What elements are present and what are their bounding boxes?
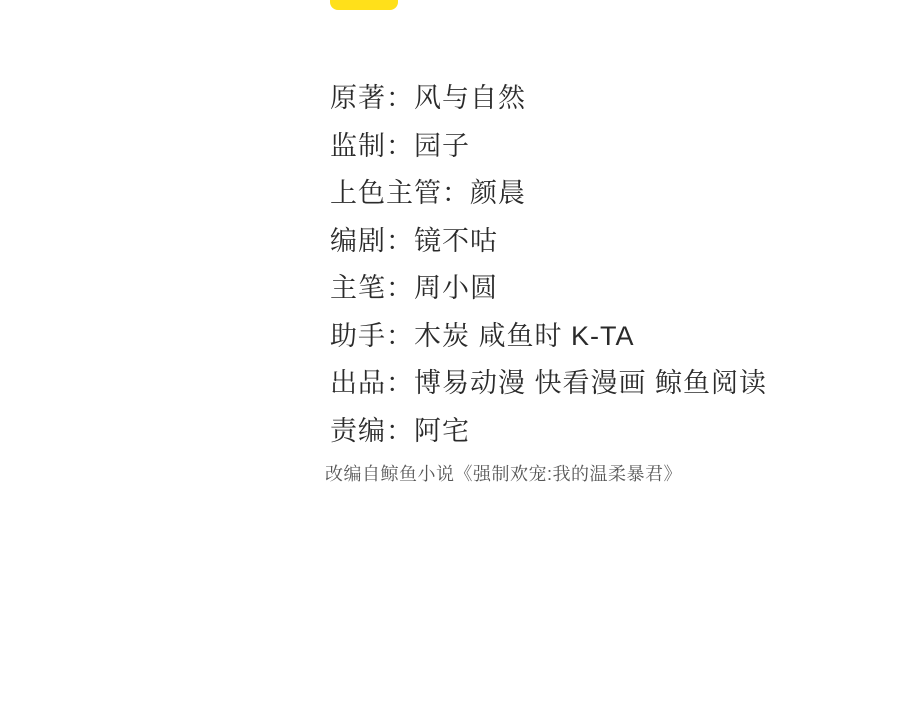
credit-line-supervisor: 监制：园子 xyxy=(330,123,767,171)
credits-block: 原著：风与自然 监制：园子 上色主管：颜晨 编剧：镜不咕 主笔：周小圆 助手：木… xyxy=(330,75,767,486)
credit-line-original-author: 原著：风与自然 xyxy=(330,75,767,123)
comic-credits-page: 原著：风与自然 监制：园子 上色主管：颜晨 编剧：镜不咕 主笔：周小圆 助手：木… xyxy=(0,0,900,703)
credit-line-editor: 责编：阿宅 xyxy=(330,408,767,456)
credit-line-screenwriter: 编剧：镜不咕 xyxy=(330,218,767,266)
adaptation-note: 改编自鲸鱼小说《强制欢宠:我的温柔暴君》 xyxy=(325,462,767,486)
logo-tab-decoration xyxy=(330,0,398,10)
credit-line-producers: 出品：博易动漫 快看漫画 鲸鱼阅读 xyxy=(330,360,767,408)
credit-line-lead-artist: 主笔：周小圆 xyxy=(330,265,767,313)
credit-line-coloring-lead: 上色主管：颜晨 xyxy=(330,170,767,218)
credit-line-assistants: 助手：木炭 咸鱼时 K-TA xyxy=(330,313,767,361)
